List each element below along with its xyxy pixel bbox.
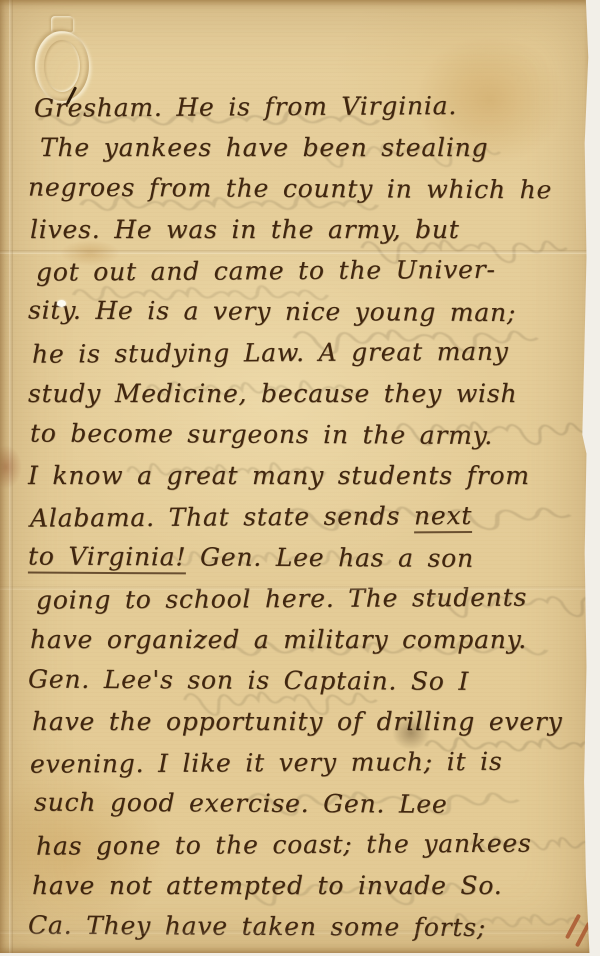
letter-line: Alabama. That state sends next [30, 494, 579, 538]
paper-damage-fleck [57, 300, 66, 307]
letter-line: going to school here. The students [36, 576, 579, 620]
letter-line: Ca. They have taken some forts; [28, 905, 579, 949]
letter-line: lives. He was in the army, but [30, 209, 579, 250]
letter-line-text: Gen. Lee has a son [186, 542, 474, 573]
horizontal-fold-crease [0, 586, 593, 590]
letter-line: The yankees have been stealing [40, 127, 579, 168]
letter-line: negroes from the county in which he [28, 167, 579, 211]
letter-line-text: Alabama. That state sends [30, 501, 414, 532]
horizontal-fold-crease [0, 250, 593, 254]
letter-body: Gresham. He is from Virginia. The yankee… [28, 86, 579, 947]
seal-crown-icon [51, 16, 73, 32]
letter-line: sity. He is a very nice young man; [28, 290, 579, 334]
letter-line: has gone to the coast; the yankees [36, 822, 579, 866]
letter-line: such good exercise. Gen. Lee [34, 782, 579, 826]
vertical-edge-crease [9, 0, 13, 953]
letter-line: study Medicine, because they wish [28, 373, 579, 414]
underlined-text: next [414, 501, 472, 533]
letter-page: Gresham. He is from Virginia. The yankee… [0, 0, 593, 953]
letter-line: he is studying Law. A great many [32, 330, 579, 374]
letter-line: to Virginia! Gen. Lee has a son [28, 536, 579, 580]
letter-line: I know a great many students from [28, 455, 579, 496]
letter-line: evening. I like it very much; it is [30, 740, 579, 784]
letter-line: have not attempted to invade So. [32, 865, 579, 906]
letter-line: got out and came to the Univer- [36, 248, 579, 292]
letter-line: have the opportunity of drilling every [32, 701, 579, 742]
letter-line: have organized a military company. [30, 619, 579, 660]
letter-line: Gresham. He is from Virginia. [34, 84, 579, 128]
letter-line: Gen. Lee's son is Captain. So I [28, 659, 579, 703]
underlined-text: to Virginia! [28, 542, 186, 575]
horizontal-fold-crease [0, 930, 593, 934]
letter-line: to become surgeons in the army. [30, 413, 579, 457]
